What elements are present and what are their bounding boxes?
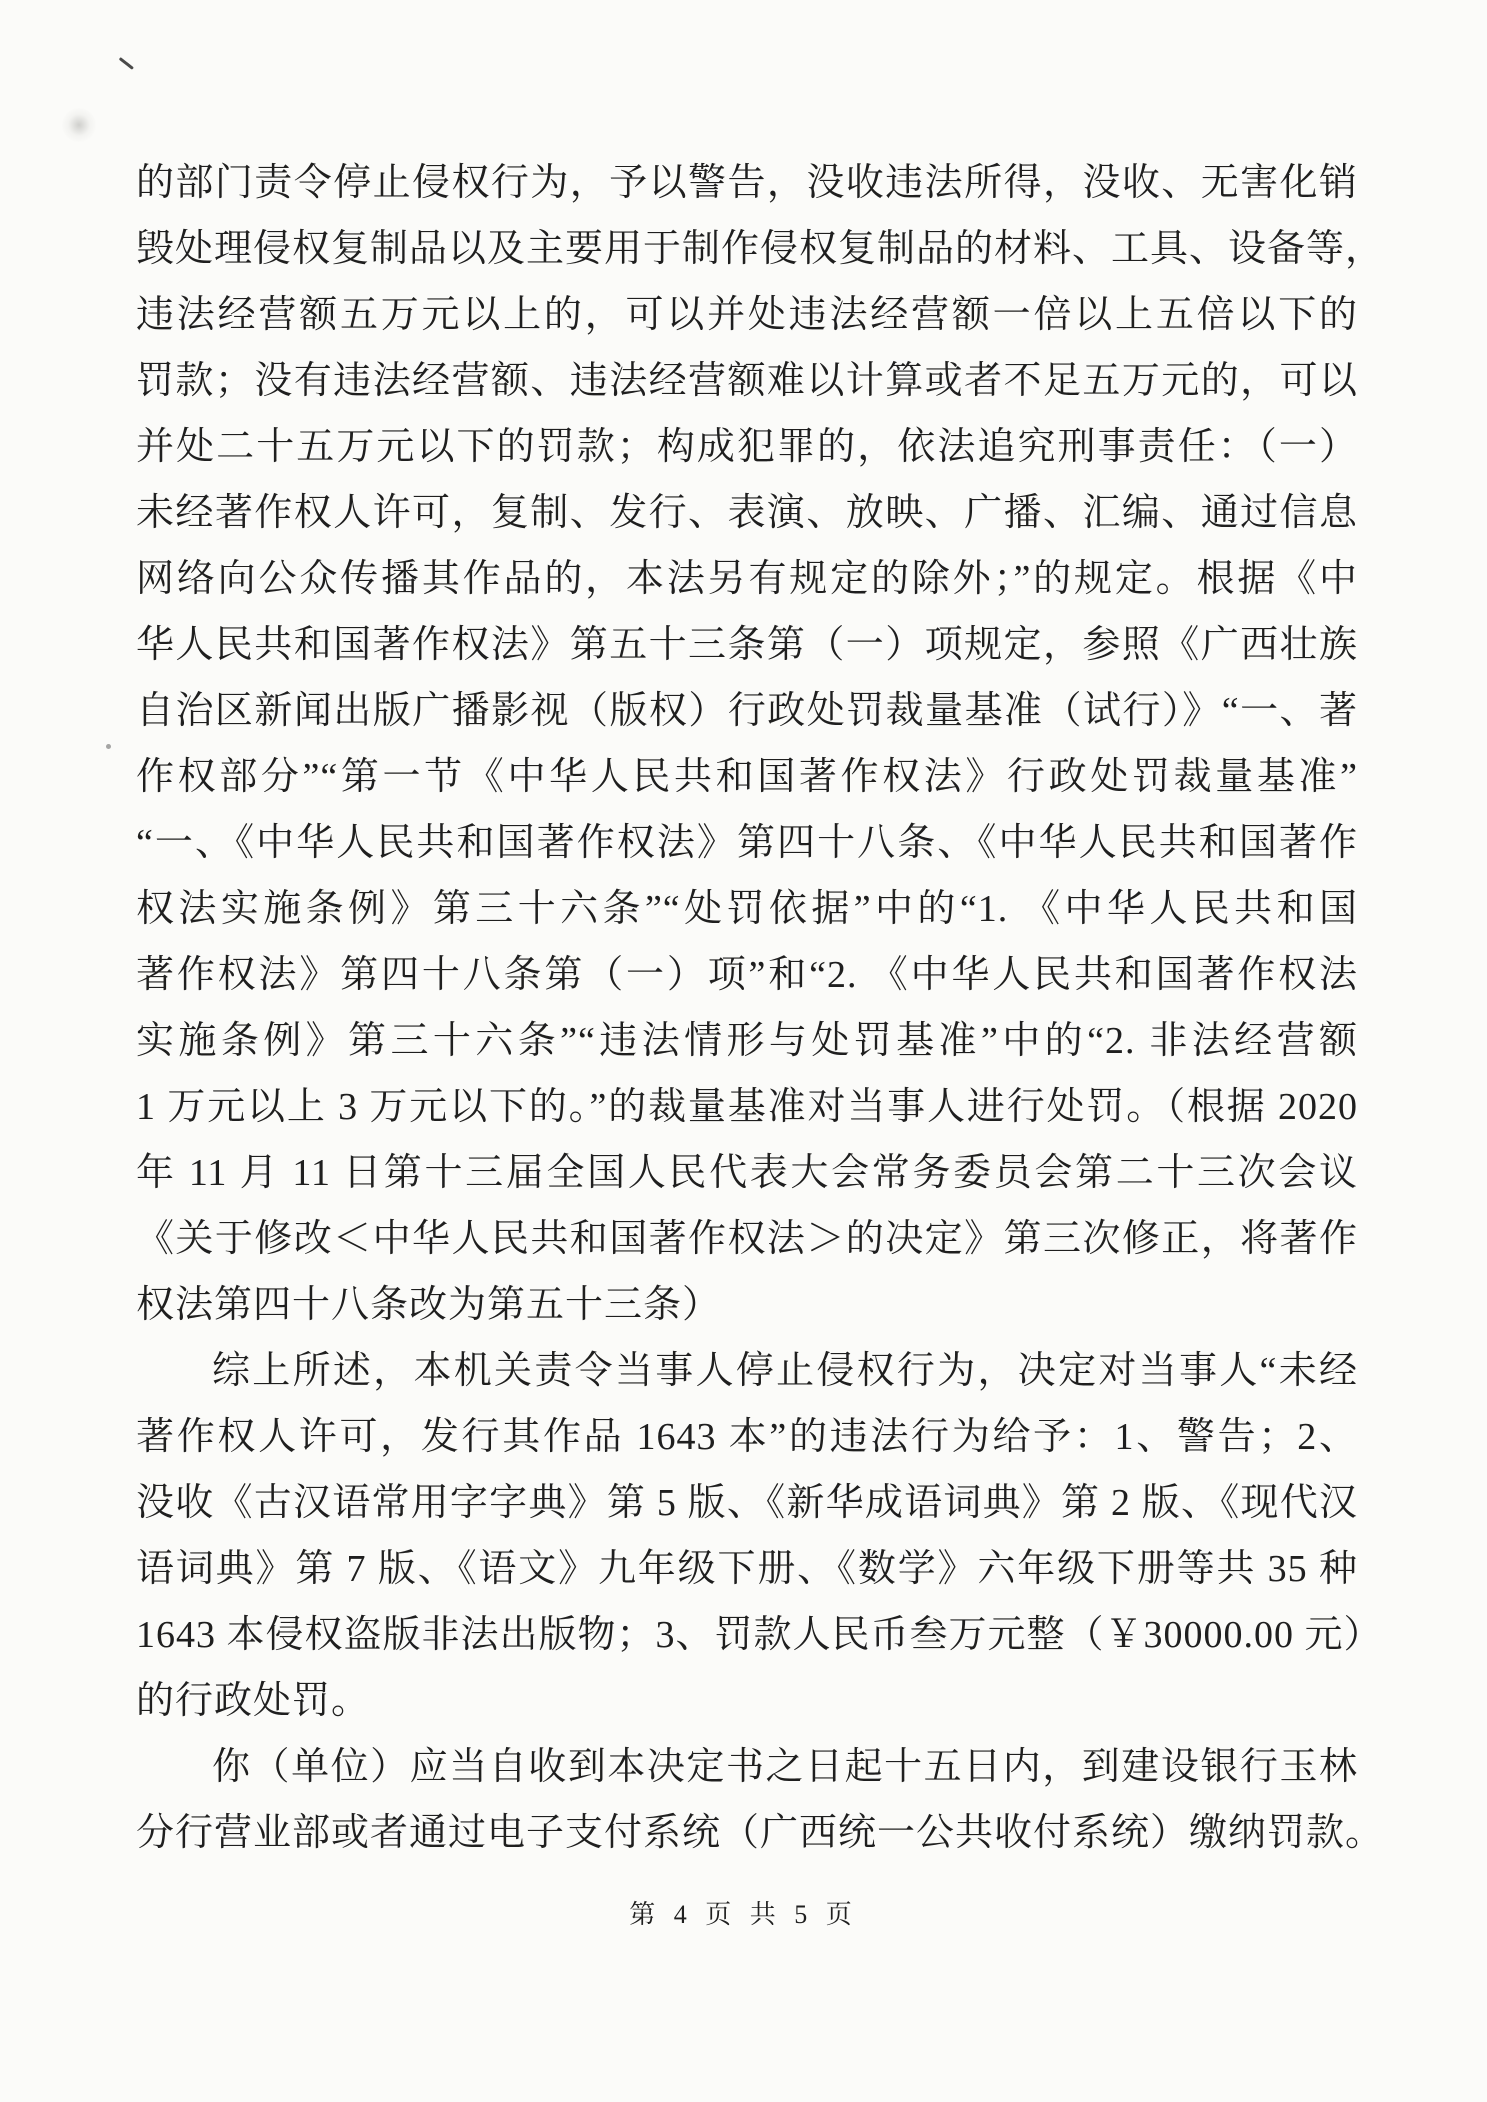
text-line: 并处二十五万元以下的罚款；构成犯罪的，依法追究刑事责任：（一） — [136, 414, 1358, 480]
text-line: 作权部分”“第一节《中华人民共和国著作权法》行政处罚裁量基准” — [136, 744, 1358, 810]
pen-tick-mark — [119, 57, 134, 69]
text-line: 权法实施条例》第三十六条”“处罚依据”中的“1. 《中华人民共和国 — [136, 876, 1358, 942]
text-line: 华人民共和国著作权法》第五十三条第（一）项规定，参照《广西壮族 — [136, 612, 1358, 678]
text-line: 自治区新闻出版广播影视（版权）行政处罚裁量基准（试行）》“一、著 — [136, 678, 1358, 744]
text-line: 综上所述，本机关责令当事人停止侵权行为，决定对当事人“未经 — [136, 1338, 1358, 1404]
text-line: 毁处理侵权复制品以及主要用于制作侵权复制品的材料、工具、设备等， — [136, 216, 1358, 282]
text-line: 没收《古汉语常用字字典》第 5 版、《新华成语词典》第 2 版、《现代汉 — [136, 1470, 1358, 1536]
page-footer: 第 4 页 共 5 页 — [0, 1894, 1487, 1931]
text-line: 违法经营额五万元以上的，可以并处违法经营额一倍以上五倍以下的 — [136, 282, 1358, 348]
text-line: 语词典》第 7 版、《语文》九年级下册、《数学》六年级下册等共 35 种 — [136, 1536, 1358, 1602]
text-line: 的行政处罚。 — [136, 1668, 1358, 1734]
text-line: 未经著作权人许可，复制、发行、表演、放映、广播、汇编、通过信息 — [136, 480, 1358, 546]
text-line: 网络向公众传播其作品的，本法另有规定的除外；”的规定。根据《中 — [136, 546, 1358, 612]
text-line: 权法第四十八条改为第五十三条） — [136, 1272, 1358, 1338]
text-line: 年 11 月 11 日第十三届全国人民代表大会常务委员会第二十三次会议 — [136, 1140, 1358, 1206]
document-body: 的部门责令停止侵权行为，予以警告，没收违法所得，没收、无害化销毁处理侵权复制品以… — [136, 150, 1358, 1866]
text-line: “一、《中华人民共和国著作权法》第四十八条、《中华人民共和国著作 — [136, 810, 1358, 876]
text-line: 著作权法》第四十八条第（一）项”和“2. 《中华人民共和国著作权法 — [136, 942, 1358, 1008]
text-line: 著作权人许可，发行其作品 1643 本”的违法行为给予：1、警告；2、 — [136, 1404, 1358, 1470]
document-page: 的部门责令停止侵权行为，予以警告，没收违法所得，没收、无害化销毁处理侵权复制品以… — [0, 0, 1487, 2102]
small-ink-dot — [106, 744, 111, 749]
text-line: 1 万元以上 3 万元以下的。”的裁量基准对当事人进行处罚。（根据 2020 — [136, 1074, 1358, 1140]
text-line: 1643 本侵权盗版非法出版物；3、罚款人民币叁万元整（￥30000.00 元） — [136, 1602, 1358, 1668]
text-line: 实施条例》第三十六条”“违法情形与处罚基准”中的“2. 非法经营额 — [136, 1008, 1358, 1074]
text-line: 的部门责令停止侵权行为，予以警告，没收违法所得，没收、无害化销 — [136, 150, 1358, 216]
text-line: 你（单位）应当自收到本决定书之日起十五日内，到建设银行玉林 — [136, 1734, 1358, 1800]
text-line: 罚款；没有违法经营额、违法经营额难以计算或者不足五万元的，可以 — [136, 348, 1358, 414]
text-line: 《关于修改＜中华人民共和国著作权法＞的决定》第三次修正，将著作 — [136, 1206, 1358, 1272]
faint-scan-smudge — [62, 108, 96, 142]
text-line: 分行营业部或者通过电子支付系统（广西统一公共收付系统）缴纳罚款。 — [136, 1800, 1358, 1866]
